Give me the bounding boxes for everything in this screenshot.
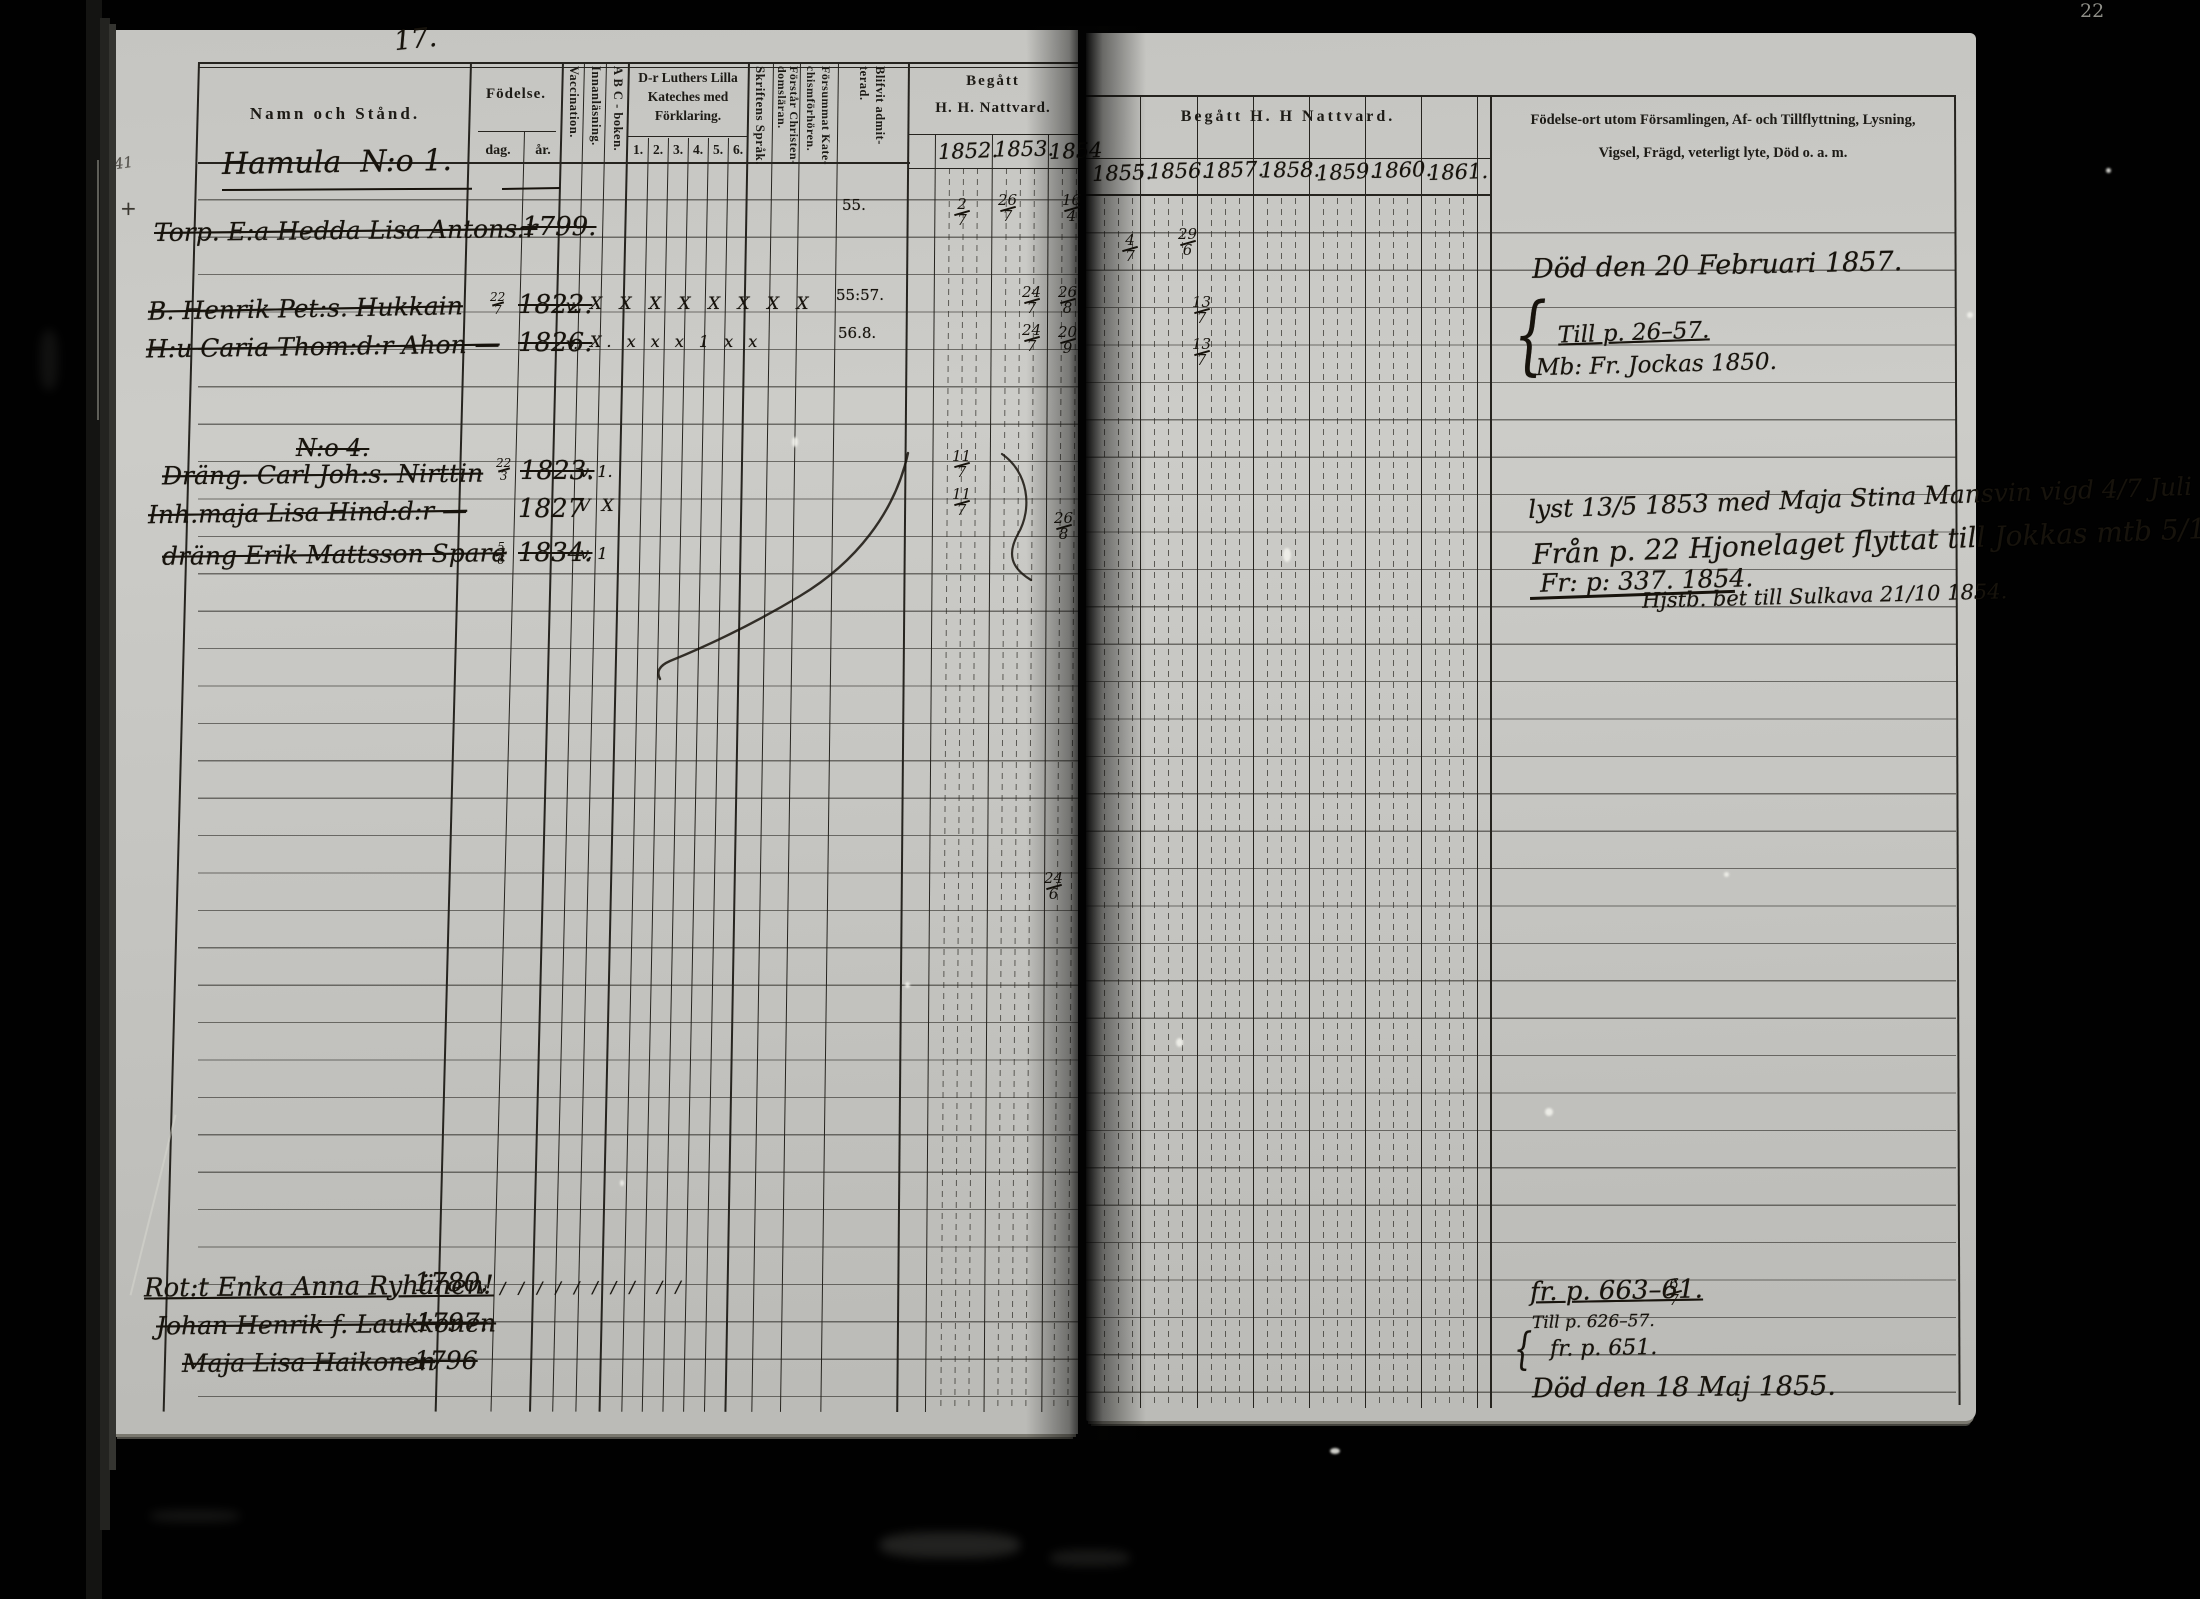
communion-date-mark: 27 [954, 198, 970, 228]
grid-line [1463, 198, 1464, 1405]
grid-line [1323, 198, 1324, 1405]
dust-speck [1967, 312, 1973, 318]
dust-speck [792, 437, 798, 447]
communion-date-mark: 247 [1022, 324, 1041, 354]
mark-denominator: 9 [1063, 342, 1073, 356]
grid-line [1140, 95, 1141, 1408]
year-label: 1855. [1092, 162, 1153, 185]
grid-line [1118, 198, 1119, 1405]
annotation-from-jockas: Mb: Fr. Jockas 1850. [1536, 351, 1777, 380]
mark-denominator: 4 [1067, 210, 1077, 224]
col-header-begatt-right: Begått H. H Nattvard. [1086, 108, 1490, 126]
mark-denominator: 8 [1063, 302, 1073, 316]
communion-date-mark: 67 [1666, 1278, 1682, 1308]
grid-line [628, 136, 748, 137]
entry-name: Torp. E:a Hedda Lisa Antons:r [154, 216, 538, 245]
communion-date-mark: 268 [1054, 512, 1073, 542]
col-header-abc-boken: A B C - boken. [610, 66, 625, 151]
dust-speck [1724, 872, 1729, 877]
communion-date-mark: 117 [952, 450, 971, 480]
entry-admitted-year: 55. [842, 198, 866, 213]
mark-denominator: 7 [1027, 340, 1037, 354]
grid-line [1421, 95, 1422, 1408]
mark-denominator: 7 [1197, 354, 1207, 368]
kateches-grade-number: 1. [628, 142, 648, 158]
communion-date-mark: 209 [1058, 326, 1077, 356]
vaccination-mark: v. [566, 298, 578, 314]
mark-denominator: 7 [957, 466, 967, 480]
grid-line [1477, 95, 1478, 1408]
vaccination-mark: v. 1. [580, 464, 613, 480]
communion-date-mark: 164 [1062, 194, 1081, 224]
book-spine-edge [109, 24, 116, 1470]
col-header-notes-line1: Födelse-ort utom Församlingen, Af- och T… [1492, 112, 1954, 129]
grid-line [1435, 198, 1436, 1405]
entry-admitted-year: 55:57. [836, 288, 884, 303]
communion-date-mark: 56 [495, 542, 507, 566]
kateches-grade-number: 4. [688, 142, 708, 158]
col-header-blifvit-line2: terad. [856, 66, 871, 101]
year-label: 1856. [1148, 160, 1208, 182]
dust-speck [1330, 1448, 1340, 1454]
grid-line [1086, 194, 1490, 196]
grid-line [1104, 198, 1105, 1405]
kateches-grade-number: 2. [648, 142, 668, 158]
mark-denominator: 6 [1183, 244, 1193, 258]
grid-line [1086, 95, 1956, 97]
mark-denominator: 7 [957, 504, 967, 518]
year-label: 1854 [1049, 140, 1103, 163]
mark-denominator: 7 [1125, 250, 1135, 264]
year-label: 1859. [1315, 160, 1376, 184]
col-header-kateches-line1: D-r Luthers Lilla [628, 70, 748, 86]
entry-birth-year: 1822. [518, 292, 592, 318]
dust-speck [620, 1180, 624, 1186]
grid-line [1309, 95, 1310, 1408]
grid-line [1197, 95, 1198, 1408]
grid-line [1351, 198, 1352, 1405]
kateches-grade-number: 3. [668, 142, 688, 158]
col-header-fodelse: Födelse. [470, 86, 562, 103]
communion-date-mark: 227 [490, 292, 505, 316]
year-label: 1852. [938, 140, 999, 163]
mark-numerator: 6 [1669, 1278, 1679, 1292]
margin-mark: 41 [113, 155, 134, 173]
village-title: Hamula N:o 1. [222, 146, 452, 180]
col-header-begatt-line2: H. H. Nattvard. [908, 100, 1078, 117]
mark-numerator: 2 [957, 198, 967, 212]
scan-smudge [150, 1510, 240, 1522]
mark-denominator: 7 [1669, 1294, 1679, 1308]
brace: { [1514, 1328, 1532, 1372]
grid-line [1225, 198, 1226, 1405]
mark-denominator: 8 [1059, 528, 1069, 542]
entry-name: Dräng. Carl Joh:s. Nirttin [162, 461, 483, 489]
annotation-till-page: Till p. 26–57. [1558, 319, 1710, 347]
entry-name: B. Henrik Pet:s. Hukkain [148, 293, 463, 323]
grid-line [1281, 198, 1282, 1405]
year-label: 1853. [994, 138, 1054, 160]
communion-date-mark: 117 [952, 488, 971, 518]
grid-line [1379, 198, 1380, 1405]
entry-birth-year: 1827 [518, 496, 584, 522]
col-header-skriftens: Skriftens Språk. [752, 66, 768, 165]
dust-speck [1545, 1108, 1553, 1116]
col-header-forstar-line2: domsläran. [774, 66, 789, 129]
kateches-grade-number: 6. [728, 142, 748, 158]
entry-name: Maja Lisa Haikonen [182, 1349, 435, 1376]
vaccination-mark: v. [566, 336, 578, 352]
grid-line [198, 62, 1078, 64]
grid-line [1295, 198, 1296, 1405]
grid-line [1211, 198, 1212, 1405]
col-header-blifvit-line1: Blifvit admit- [872, 66, 887, 145]
mark-denominator: 7 [957, 214, 967, 228]
kateches-marks: X X X X X X X X [590, 296, 815, 313]
entry-birth-year: 1826. [518, 330, 592, 356]
kateches-marks: X. x x x 1 x x [590, 334, 762, 350]
scan-smudge [1050, 1550, 1130, 1566]
communion-date-mark: 223 [496, 458, 511, 482]
grid-line [1132, 198, 1133, 1405]
scan-smudge [880, 1532, 1020, 1558]
entry-name: Inh.maja Lisa Hind:d:r — [148, 498, 467, 527]
corner-note: 22 [2080, 2, 2104, 21]
scan-smudge [40, 330, 58, 390]
grid-line [908, 134, 1078, 135]
mark-denominator: 6 [497, 555, 505, 566]
grid-line [1154, 198, 1155, 1405]
communion-date-mark: 246 [1044, 872, 1063, 902]
page-number: 17. [393, 24, 439, 55]
col-header-kateches-line2: Kateches med [628, 89, 748, 105]
mark-denominator: 6 [1049, 888, 1059, 902]
grid-line [1267, 198, 1268, 1405]
grid-line [198, 67, 1078, 68]
entry-birth-year: 1796 [414, 1348, 478, 1373]
grid-line [1337, 198, 1338, 1405]
year-label: 1857. [1204, 159, 1265, 182]
communion-date-mark: 137 [1192, 296, 1211, 326]
annotation-death-1855: Död den 18 Maj 1855. [1532, 1373, 1836, 1403]
communion-date-mark: 47 [1122, 234, 1138, 264]
grid-line [908, 168, 1078, 169]
grid-line [1182, 198, 1183, 1405]
grid-line [478, 131, 556, 132]
col-header-vaccination: Vaccination. [566, 66, 581, 138]
year-label: 1861. [1428, 161, 1489, 184]
mark-numerator: 4 [1125, 234, 1135, 248]
vaccination-mark: V X [578, 498, 617, 515]
kateches-marks: v / / / / / / / / / / [478, 1279, 685, 1296]
entry-admitted-year: 56.8. [838, 326, 876, 341]
dust-speck [1283, 548, 1291, 562]
mark-denominator: 3 [500, 471, 508, 482]
communion-date-mark: 137 [1192, 338, 1211, 368]
year-label: 1860. [1372, 159, 1433, 182]
entry-name: H:u Caria Thom:d:r Ahon — [146, 332, 500, 362]
communion-date-mark: 247 [1022, 286, 1041, 316]
mark-denominator: 7 [494, 305, 502, 316]
grid-line [1393, 198, 1394, 1405]
communion-date-mark: 267 [998, 194, 1017, 224]
grid-line [1365, 95, 1366, 1408]
entry-birth-year: 1797. [416, 1310, 488, 1335]
col-header-forsummat-line1: Försummat Kate- [818, 66, 833, 165]
entry-name: dräng Erik Mattsson Spara [162, 540, 507, 569]
col-subheader-dag: dag. [472, 143, 524, 159]
scanned-parish-register: Namn och Stånd. Födelse. dag. år. Vaccin… [0, 0, 2200, 1599]
grid-line [1239, 198, 1240, 1405]
grid-line [1253, 95, 1254, 1408]
annotation-death-1857: Död den 20 Februari 1857. [1532, 248, 1903, 283]
col-header-begatt-line1: Begått [908, 73, 1078, 90]
grid-line [1407, 198, 1408, 1405]
mark-denominator: 7 [1197, 312, 1207, 326]
mark-denominator: 7 [1027, 302, 1037, 316]
ink-flourish [640, 428, 1080, 688]
col-header-kateches-line3: Förklaring. [628, 108, 748, 124]
col-header-forsummat-line2: chismförhören. [803, 66, 818, 151]
col-header-namn: Namn och Stånd. [200, 104, 470, 124]
year-label: 1858. [1260, 159, 1320, 181]
annotation-from-page-651: fr. p. 651. [1550, 1337, 1658, 1361]
grid-line [1490, 95, 1492, 1408]
group-title: N:o 4. [296, 436, 369, 460]
dust-speck [2106, 168, 2111, 173]
col-subheader-ar: år. [524, 143, 562, 159]
vaccination-mark: v. 1 [580, 546, 608, 562]
kateches-grade-number: 5. [708, 142, 728, 158]
grid-line [1449, 198, 1450, 1405]
entry-birth-year: 1799. [522, 214, 596, 240]
annotation-till-page-626: Till p. 626–57. [1532, 1313, 1655, 1332]
col-header-innanlasning: Innanläsning. [588, 66, 603, 146]
mark-denominator: 7 [1003, 210, 1013, 224]
communion-date-mark: 268 [1058, 286, 1077, 316]
grid-line [1168, 198, 1169, 1405]
spine-highlight [97, 160, 99, 420]
dust-speck [1176, 1038, 1183, 1047]
margin-mark: + [120, 198, 137, 218]
communion-date-mark: 296 [1178, 228, 1197, 258]
col-header-notes-line2: Vigsel, Frägd, veterligt lyte, Död o. a.… [1492, 145, 1954, 162]
dust-speck [905, 982, 910, 988]
